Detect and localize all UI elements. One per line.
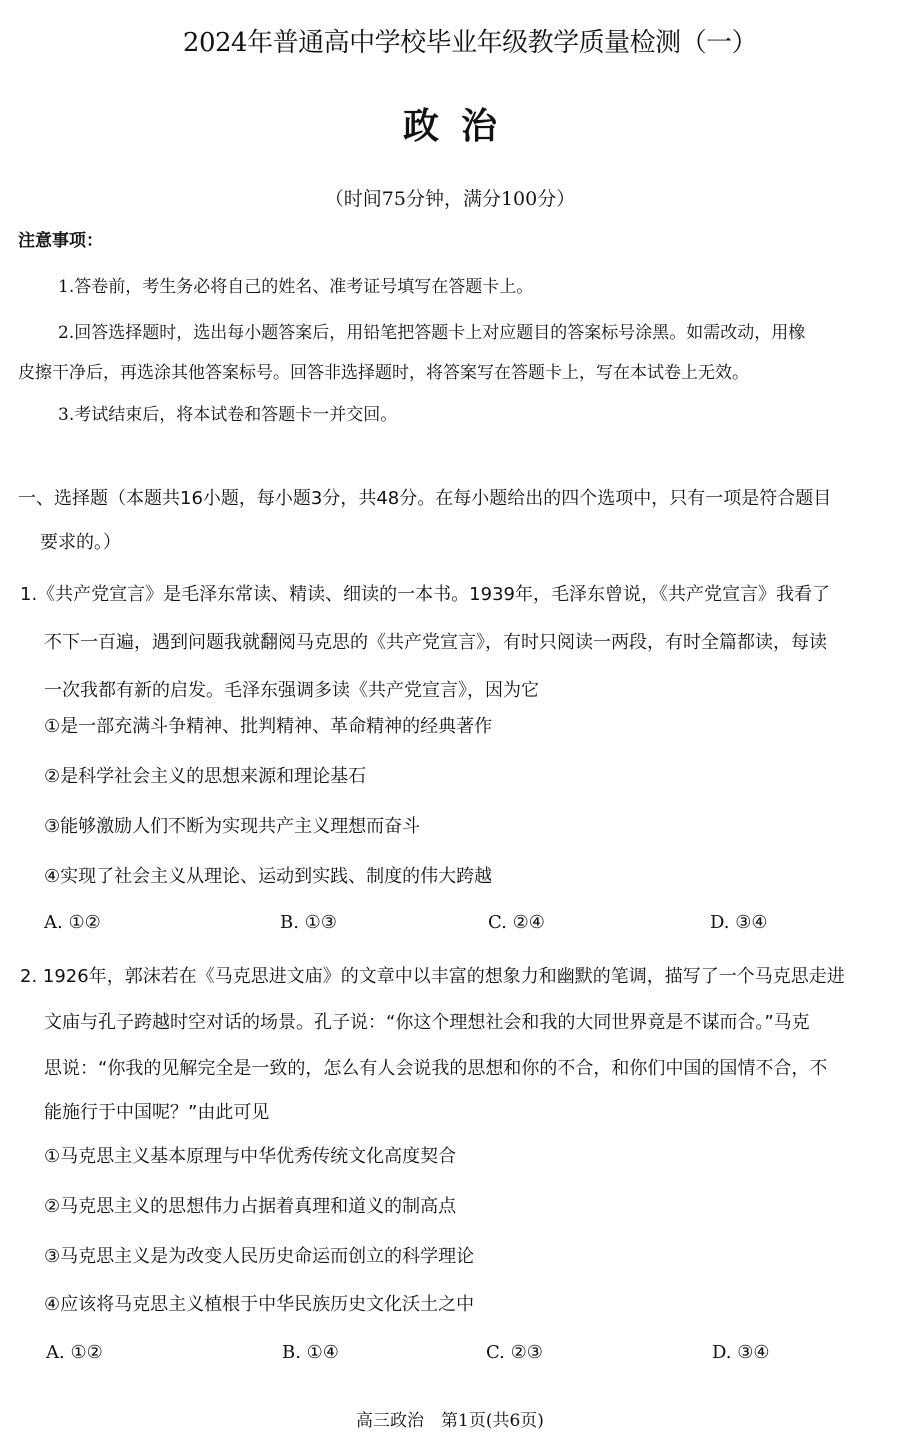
notice-heading: 注意事项： (18, 226, 103, 251)
q1-statement-3: ③能够激励人们不断为实现共产主义理想而奋斗 (44, 812, 420, 838)
q1-statement-4: ④实现了社会主义从理论、运动到实践、制度的伟大跨越 (44, 862, 492, 888)
q1-choice-a[interactable]: A. ①② (44, 912, 101, 933)
q2-choice-d[interactable]: D. ③④ (712, 1342, 770, 1363)
q1-choice-c[interactable]: C. ②④ (488, 912, 545, 933)
exam-title: 2024年普通高中学校毕业年级教学质量检测（一） (0, 22, 900, 59)
notice-item-2: 2.回答选择题时，选出每小题答案后，用铅笔把答题卡上对应题目的答案标号涂黑。如需… (58, 318, 805, 343)
time-info: （时间75分钟，满分100分） (0, 184, 900, 211)
q2-statement-1: ①马克思主义基本原理与中华优秀传统文化高度契合 (44, 1142, 456, 1168)
notice-item-3: 3.考试结束后，将本试卷和答题卡一并交回。 (58, 400, 397, 425)
q2-stem-line-4: 能施行于中国呢？”由此可见 (44, 1098, 269, 1124)
q1-stem-line-1: 1.《共产党宣言》是毛泽东常读、精读、细读的一本书。1939年，毛泽东曾说，《共… (20, 580, 830, 606)
q2-stem-line-2: 文庙与孔子跨越时空对话的场景。孔子说：“你这个理想社会和我的大同世界竟是不谋而合… (44, 1008, 810, 1034)
q1-stem-line-2: 不下一百遍，遇到问题我就翻阅马克思的《共产党宣言》，有时只阅读一两段，有时全篇都… (44, 628, 827, 654)
section-heading-cont: 要求的。） (40, 528, 121, 554)
subject-title: 政治 (0, 98, 900, 149)
q2-statement-3: ③马克思主义是为改变人民历史命运而创立的科学理论 (44, 1242, 474, 1268)
q1-choice-b[interactable]: B. ①③ (280, 912, 337, 933)
q1-choice-d[interactable]: D. ③④ (710, 912, 768, 933)
notice-item-2-cont: 皮擦干净后，再选涂其他答案标号。回答非选择题时，将答案写在答题卡上，写在本试卷上… (18, 358, 749, 383)
notice-item-1: 1.答卷前，考生务必将自己的姓名、准考证号填写在答题卡上。 (58, 272, 533, 297)
q1-statement-1: ①是一部充满斗争精神、批判精神、革命精神的经典著作 (44, 712, 492, 738)
q2-statement-2: ②马克思主义的思想伟力占据着真理和道义的制高点 (44, 1192, 456, 1218)
q1-stem-line-3: 一次我都有新的启发。毛泽东强调多读《共产党宣言》，因为它 (44, 676, 539, 702)
q2-choice-c[interactable]: C. ②③ (486, 1342, 543, 1363)
q2-statement-4: ④应该将马克思主义植根于中华民族历史文化沃土之中 (44, 1290, 474, 1316)
q2-choice-a[interactable]: A. ①② (46, 1342, 103, 1363)
section-heading: 一、选择题（本题共16小题，每小题3分，共48分。在每小题给出的四个选项中，只有… (18, 484, 831, 510)
q2-choice-b[interactable]: B. ①④ (282, 1342, 339, 1363)
q2-stem-line-3: 思说：“你我的见解完全是一致的，怎么有人会说我的思想和你的不合，和你们中国的国情… (44, 1054, 827, 1080)
q1-statement-2: ②是科学社会主义的思想来源和理论基石 (44, 762, 366, 788)
page-footer: 高三政治 第1页(共6页) (0, 1406, 900, 1431)
q2-stem-line-1: 2. 1926年，郭沫若在《马克思进文庙》的文章中以丰富的想象力和幽默的笔调，描… (20, 962, 845, 988)
